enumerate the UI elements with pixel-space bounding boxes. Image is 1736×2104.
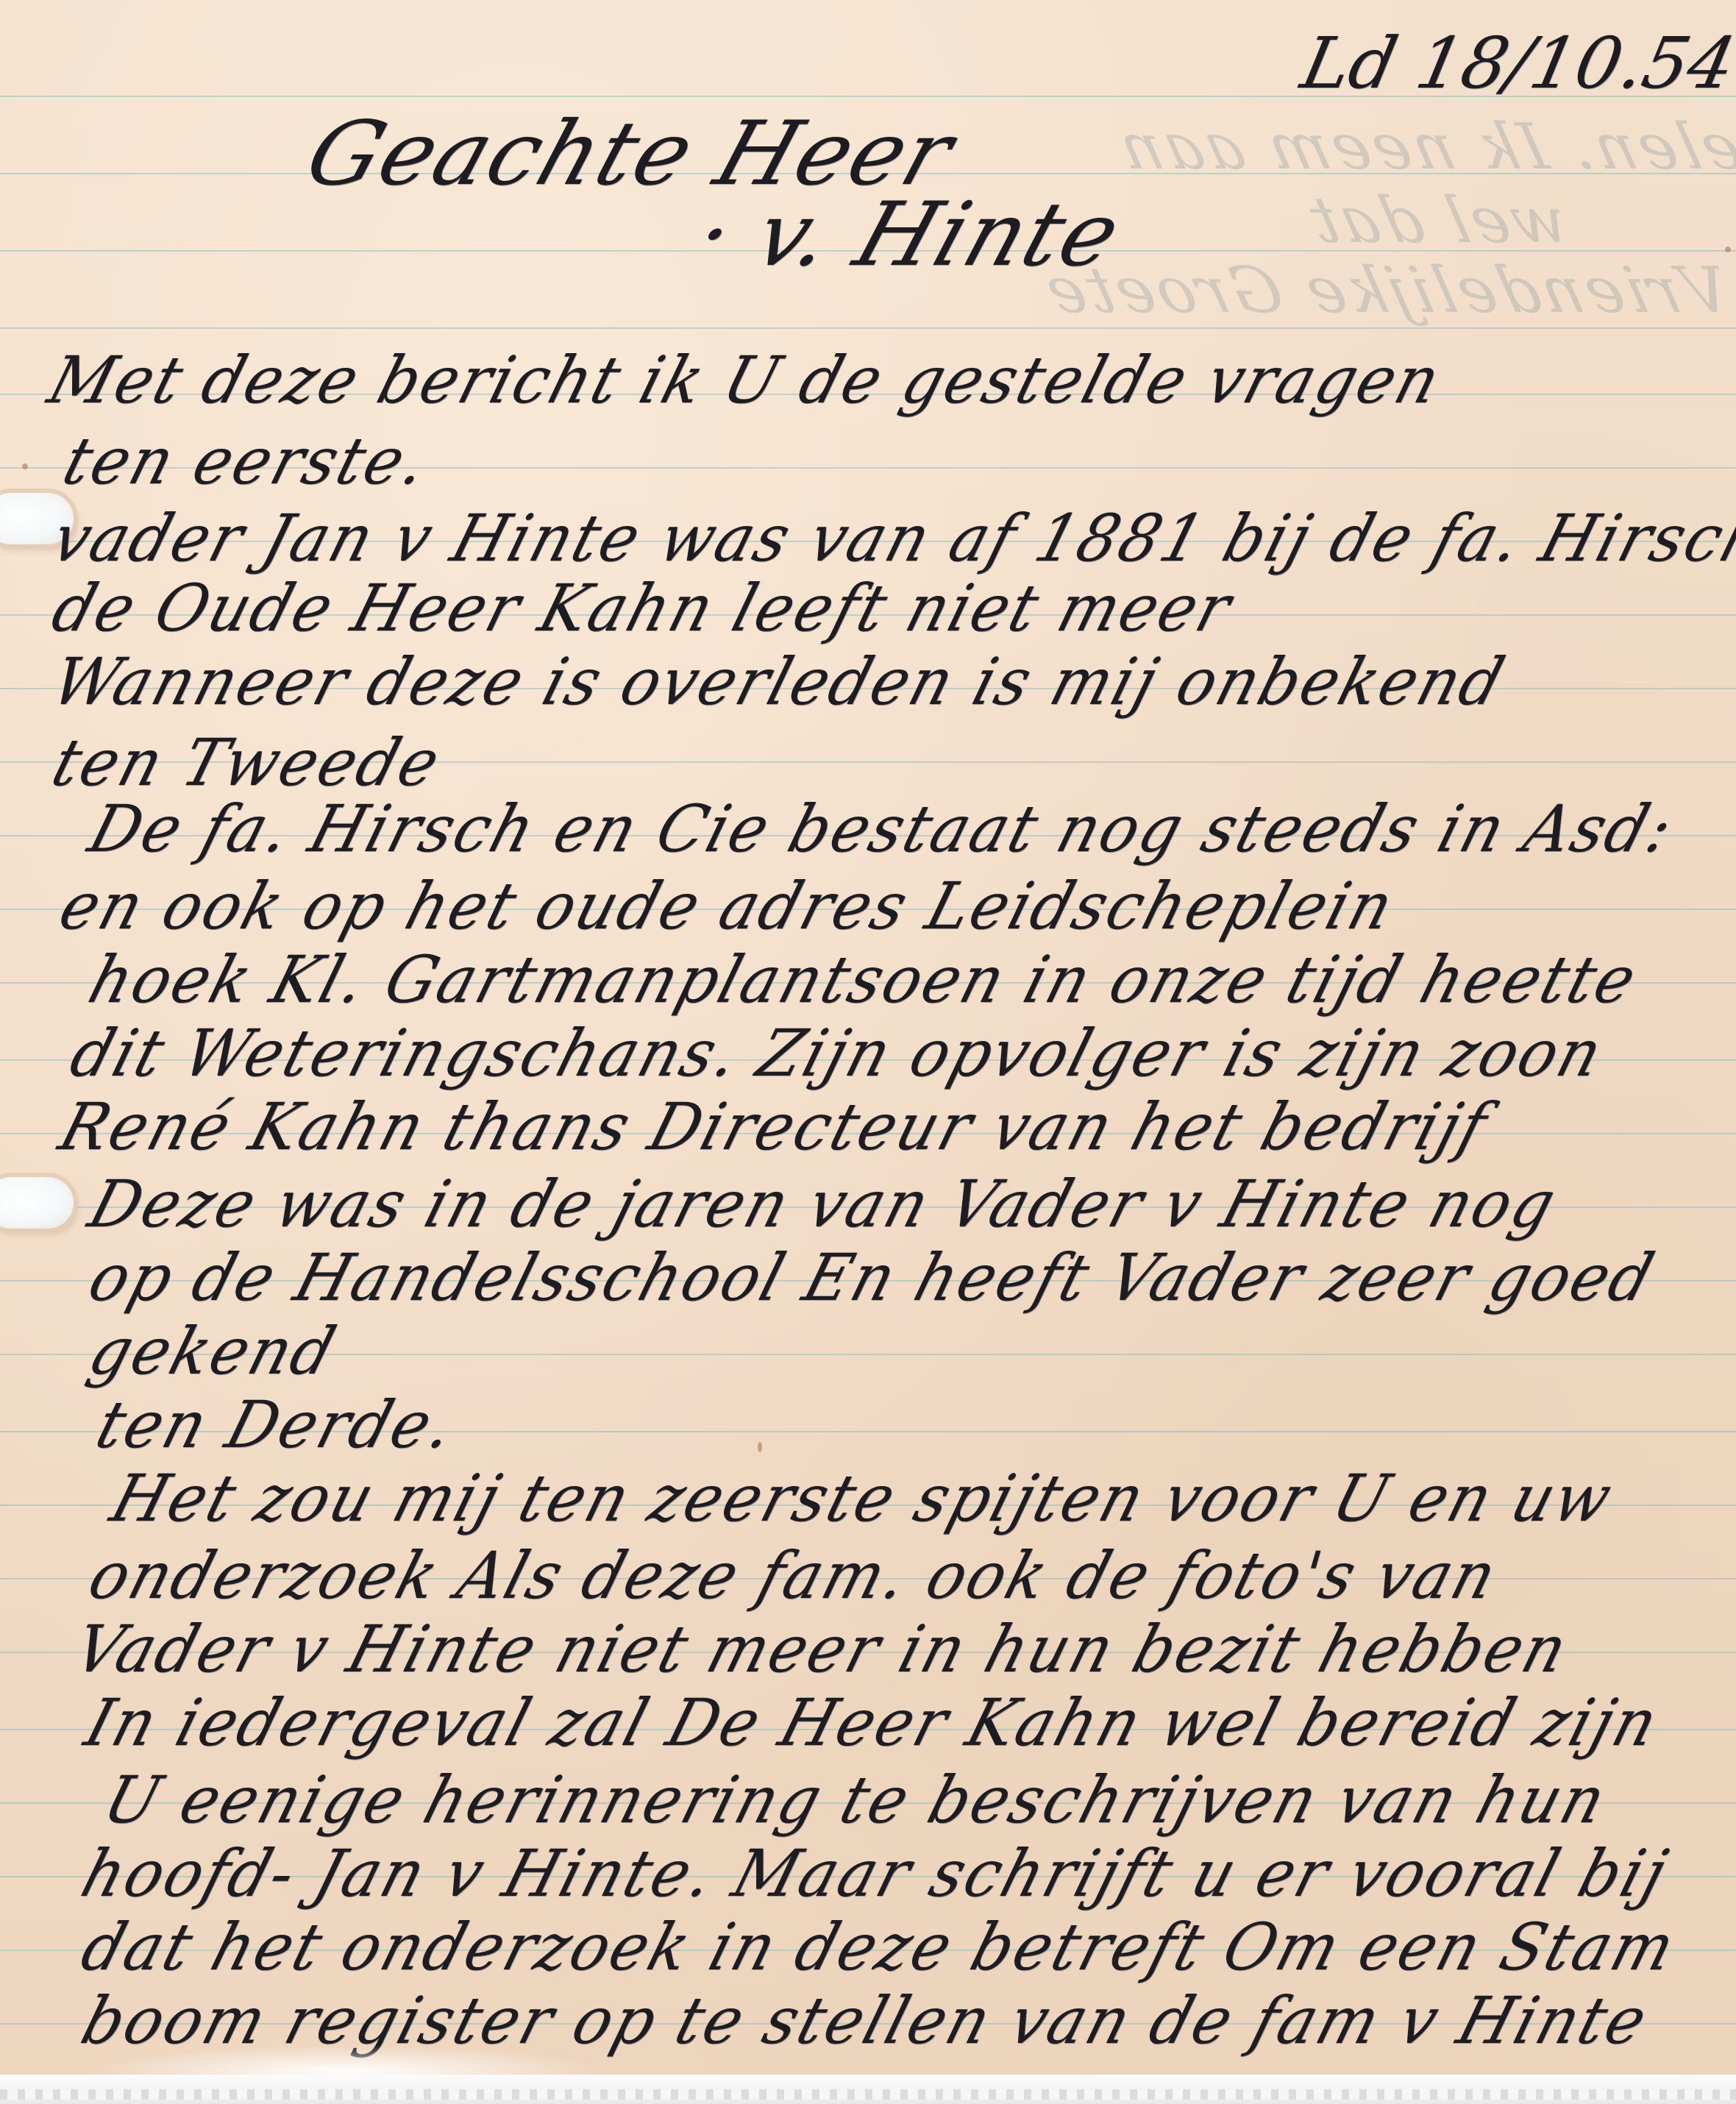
body-line: onderzoek Als deze fam. ook de foto's va…	[81, 1538, 1506, 1613]
body-line: gekend	[81, 1313, 345, 1389]
body-line: René Kahn thans Directeur van het bedrij…	[51, 1089, 1497, 1165]
bleed-through-text: wel dat	[1301, 184, 1575, 257]
body-line: ten Derde.	[88, 1387, 464, 1463]
paper-stain	[1725, 246, 1731, 252]
body-line: Vader v Hinte niet meer in hun bezit heb…	[66, 1611, 1577, 1687]
paper-stain	[758, 1442, 762, 1452]
sleeve-perforation	[0, 2089, 1736, 2100]
body-line: Wanneer deze is overleden is mij onbeken…	[44, 644, 1514, 719]
body-line: hoek Kl. Gartmanplantsoen in onze tijd h…	[81, 942, 1646, 1017]
body-line: Het zou mij ten zeerste spijten voor U e…	[103, 1460, 1622, 1536]
punch-hole	[0, 1177, 74, 1229]
bleed-through-text: ontwikkelen. Ik neem aan	[1109, 110, 1736, 184]
bleed-through-text: Na Vriendelijke Groete	[1036, 254, 1736, 327]
body-line: de Oude Heer Kahn leeft niet meer	[44, 570, 1241, 646]
plastic-sleeve-edge	[0, 2075, 1736, 2104]
letter-page: ontwikkelen. Ik neem aan wel dat Na Vrie…	[0, 0, 1736, 2104]
body-line: In iedergeval zal De Heer Kahn wel berei…	[77, 1685, 1668, 1760]
body-line: en ook op het oude adres Leidscheplein	[51, 868, 1404, 944]
ruled-line	[0, 327, 1736, 329]
body-line: De fa. Hirsch en Cie bestaat nog steeds …	[81, 791, 1683, 867]
body-line: dat het onderzoek in deze betreft Om een…	[74, 1909, 1685, 1985]
body-line: ten eerste.	[55, 423, 438, 499]
body-line: Met deze bericht ik U de gestelde vragen	[40, 342, 1450, 418]
body-line: U eenige herinnering te beschrijven van …	[96, 1762, 1615, 1838]
body-line: Deze was in de jaren van Vader v Hinte n…	[81, 1166, 1565, 1242]
body-line: hoofd- Jan v Hinte. Maar schrijft u er v…	[74, 1835, 1677, 1911]
body-line: op de Handelsschool En heeft Vader zeer …	[81, 1240, 1664, 1315]
salutation-line-2: · v. Hinte	[684, 184, 1134, 286]
paper-stain	[22, 463, 28, 469]
body-line: vader Jan v Hinte was van af 1881 bij de…	[44, 500, 1736, 576]
body-line: ten Tweede	[44, 725, 450, 800]
place-date: Ld 18/10.54	[1295, 22, 1736, 104]
body-line: dit Weteringschans. Zijn opvolger is zij…	[63, 1015, 1612, 1091]
